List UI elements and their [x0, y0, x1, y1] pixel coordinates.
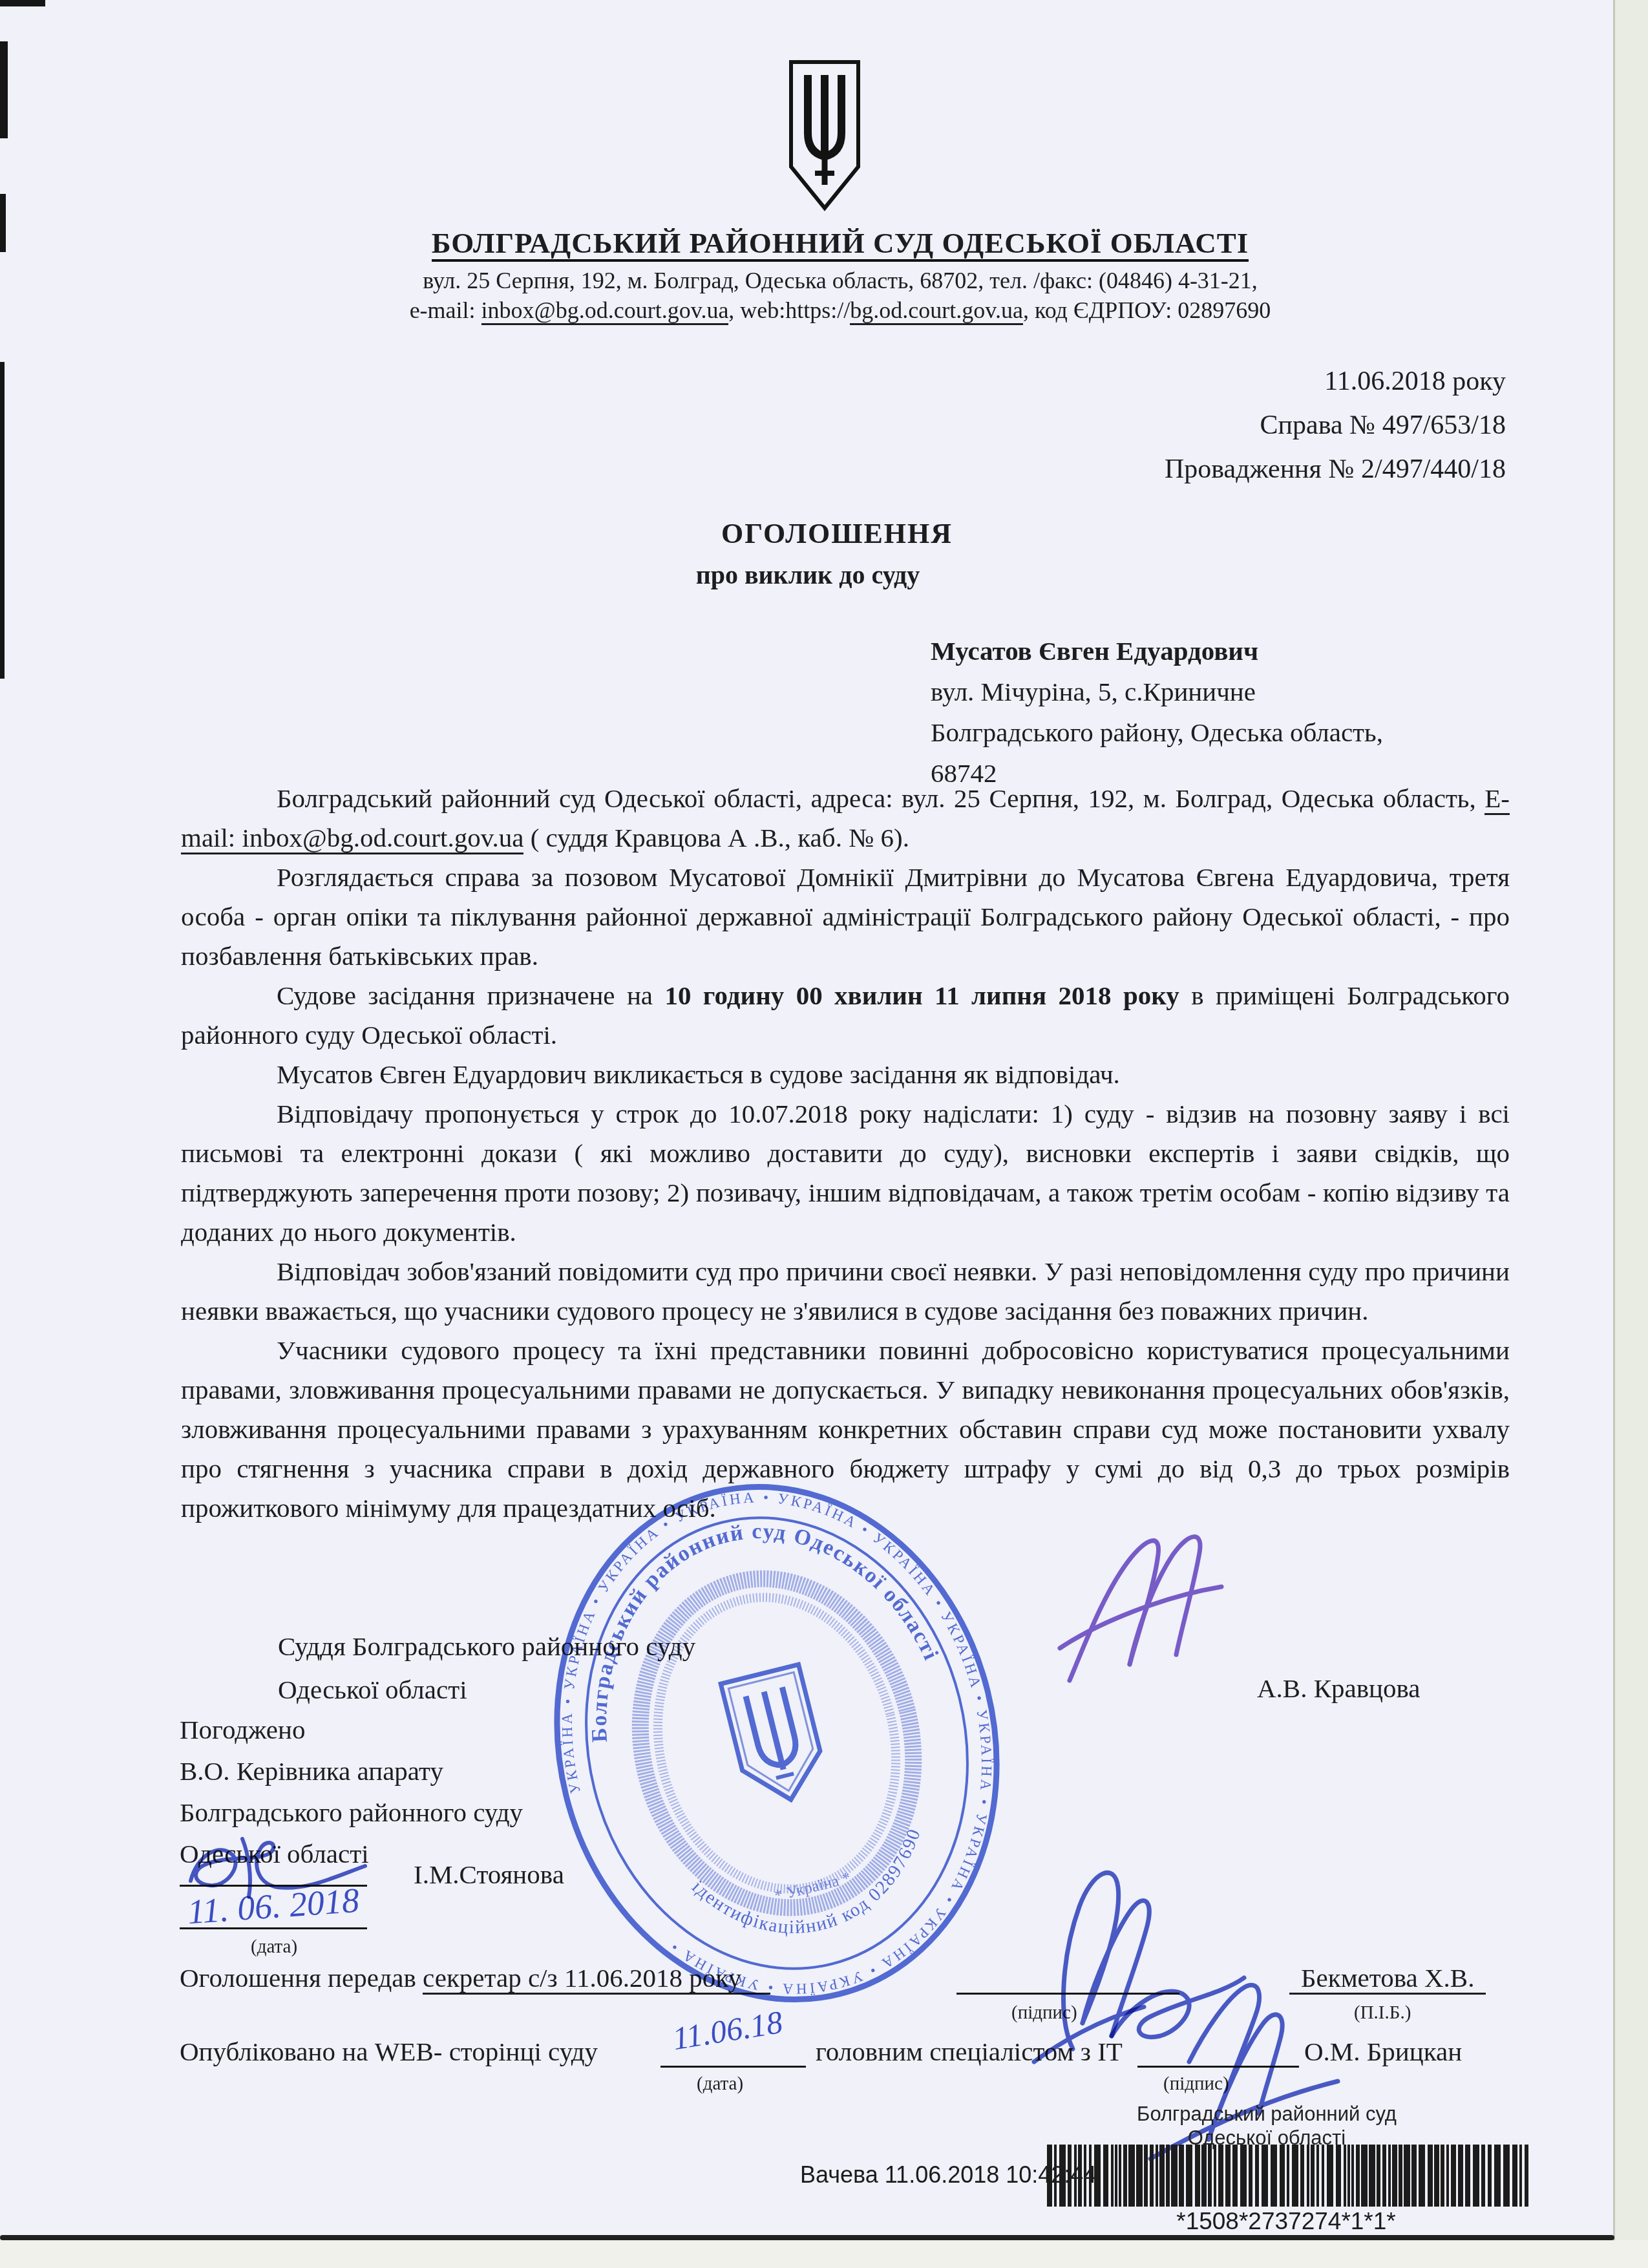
- scan-artifact: [0, 194, 6, 252]
- paragraph-absence: Відповідач зобов'язаний повідомити суд п…: [181, 1252, 1510, 1331]
- scan-artifact: [0, 362, 5, 679]
- web-prefix: , web:https://: [728, 297, 850, 323]
- court-website: bg.od.court.gov.ua: [850, 297, 1023, 325]
- barcode: [1047, 2145, 1528, 2207]
- published-pre: Опубліковано на WEB- сторінці суду: [180, 2036, 598, 2067]
- published-date-label: (дата): [697, 2073, 743, 2095]
- scan-artifact: [0, 41, 8, 138]
- barcode-text: *1508*2737274*1*1*: [1099, 2208, 1474, 2235]
- edrpou-code: , код ЄДРПОУ: 02897690: [1023, 297, 1271, 323]
- p1-pre: Болградський районний суд Одеської облас…: [277, 783, 1484, 813]
- stamp-main-ring-text: Болградський районний суд Одеської облас…: [545, 1480, 945, 1748]
- paragraph-summons: Мусатов Євген Едуардович викликається в …: [181, 1055, 1510, 1094]
- scan-artifact: [0, 0, 45, 6]
- court-address-line: вул. 25 Серпня, 192, м. Болград, Одеська…: [194, 267, 1486, 294]
- addressee-street: вул. Мічуріна, 5, с.Криничне: [931, 672, 1383, 712]
- footer-court-line1: Болградський районний суд: [1066, 2103, 1467, 2126]
- judge-name: А.В. Кравцова: [1257, 1673, 1421, 1704]
- scanned-court-document: БОЛГРАДСЬКИЙ РАЙОННИЙ СУД ОДЕСЬКОЇ ОБЛАС…: [0, 0, 1648, 2268]
- proceeding-number: Провадження № 2/497/440/18: [905, 447, 1506, 491]
- p3-pre: Судове засідання призначене на: [277, 980, 664, 1010]
- court-name-text: БОЛГРАДСЬКИЙ РАЙОННИЙ СУД ОДЕСЬКОЇ ОБЛАС…: [432, 227, 1249, 262]
- document-title: ОГОЛОШЕННЯ: [194, 517, 1480, 550]
- stamp-trident-icon: [721, 1664, 830, 1809]
- email-prefix: e-mail:: [410, 297, 481, 323]
- judge-title-line2: Одеської області: [278, 1674, 467, 1705]
- scanner-bed-bottom: [0, 2240, 1648, 2268]
- approved-label: Погоджено: [180, 1714, 306, 1745]
- approver-name: І.М.Стоянова: [414, 1859, 564, 1890]
- paragraph-hearing: Судове засідання призначене на 10 годину…: [181, 976, 1510, 1055]
- court-contacts-line: e-mail: inbox@bg.od.court.gov.ua, web:ht…: [194, 297, 1486, 324]
- court-name-heading: БОЛГРАДСЬКИЙ РАЙОННИЙ СУД ОДЕСЬКОЇ ОБЛАС…: [194, 226, 1486, 260]
- judge-signature: [1034, 1519, 1247, 1719]
- p3-hearing-datetime: 10 годину 00 хвилин 11 липня 2018 року: [664, 980, 1179, 1010]
- paper-bottom-shadow: [0, 2235, 1614, 2240]
- scanner-bed-right: [1615, 0, 1648, 2268]
- addressee-district: Болградського району, Одеська область,: [931, 712, 1383, 753]
- approver-date-label: (дата): [251, 1936, 297, 1958]
- body-text: Болградський районний суд Одеської облас…: [181, 779, 1510, 1528]
- document-date: 11.06.2018 року: [905, 359, 1506, 403]
- approver-title-line1: В.О. Керівника апарату: [180, 1755, 443, 1786]
- case-number: Справа № 497/653/18: [905, 403, 1506, 447]
- trident-emblem-icon: [786, 58, 863, 217]
- approver-signature: [165, 1826, 385, 1910]
- document-subtitle: про виклик до суду: [194, 560, 1422, 590]
- approver-title-line2: Болградського районного суду: [180, 1797, 523, 1828]
- addressee-block: Мусатов Євген Едуардович вул. Мічуріна, …: [931, 631, 1383, 794]
- addressee-name: Мусатов Євген Едуардович: [931, 631, 1383, 672]
- paragraph-case-subject: Розглядається справа за позовом Мусатово…: [181, 858, 1510, 976]
- paragraph-court-info: Болградський районний суд Одеської облас…: [181, 779, 1510, 858]
- case-info-block: 11.06.2018 року Справа № 497/653/18 Пров…: [905, 359, 1506, 491]
- handed-pre: Оголошення передав: [180, 1963, 423, 1993]
- court-email: inbox@bg.od.court.gov.ua: [481, 297, 729, 325]
- p1-post: ( суддя Кравцова А .В., каб. № 6).: [523, 823, 909, 853]
- paragraph-deadline: Відповідачу пропонується у строк до 10.0…: [181, 1094, 1510, 1252]
